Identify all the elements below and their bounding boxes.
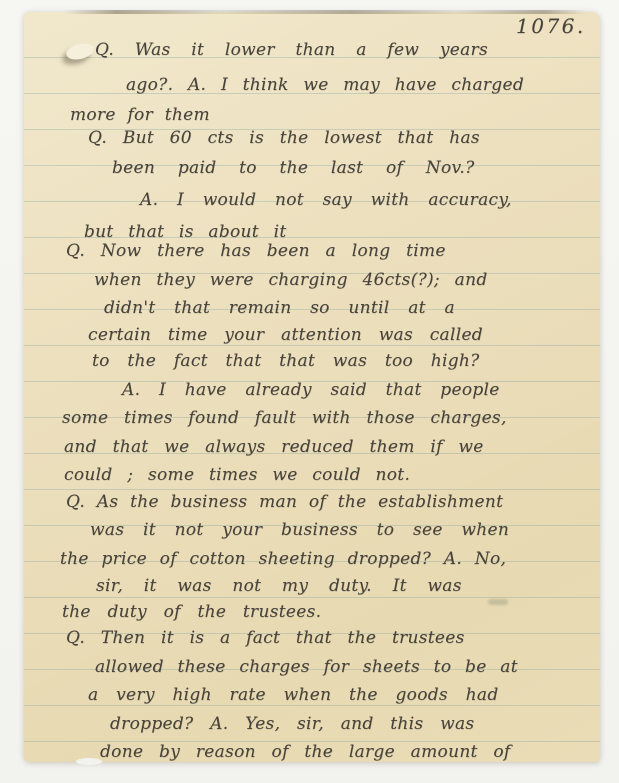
manuscript-line: certain time your attention was called — [88, 327, 483, 344]
manuscript-line: the price of cotton sheeting dropped? A.… — [60, 551, 506, 568]
manuscript-line: could ; some times we could not. — [64, 467, 410, 484]
manuscript-line: Q. But 60 cts is the lowest that has — [88, 130, 480, 147]
manuscript-line: when they were charging 46cts(?); and — [94, 272, 488, 289]
manuscript-line: didn't that remain so until at a — [104, 300, 455, 317]
pencil-smudge — [488, 599, 508, 605]
manuscript-line: Q. Then it is a fact that the trustees — [66, 630, 465, 647]
manuscript-line: sir, it was not my duty. It was — [96, 578, 462, 595]
scan-background: 1076. Q. Was it lower than a few years a… — [0, 0, 619, 783]
manuscript-line: ago?. A. I think we may have charged — [126, 77, 524, 94]
manuscript-line: to the fact that that was too high? — [92, 353, 480, 370]
manuscript-line: but that is about it — [84, 224, 287, 241]
manuscript-line: done by reason of the large amount of — [100, 744, 511, 761]
manuscript-line: dropped? A. Yes, sir, and this was — [110, 716, 474, 733]
manuscript-line: more for them — [70, 107, 210, 124]
manuscript-line: was it not your business to see when — [90, 522, 509, 539]
manuscript-line: Q. As the business man of the establishm… — [66, 494, 503, 511]
manuscript-line: and that we always reduced them if we — [64, 439, 484, 456]
manuscript-line: been paid to the last of Nov.? — [112, 160, 475, 177]
manuscript-line: Q. Was it lower than a few years — [95, 42, 488, 59]
manuscript-line: allowed these charges for sheets to be a… — [95, 659, 518, 676]
manuscript-line: some times found fault with those charge… — [62, 410, 507, 427]
manuscript-line: A. I would not say with accuracy, — [140, 192, 512, 209]
manuscript-line: A. I have already said that people — [122, 382, 500, 399]
page-number: 1076. — [516, 16, 586, 36]
manuscript-line: Q. Now there has been a long time — [66, 243, 446, 260]
manuscript-line: the duty of the trustees. — [62, 604, 321, 621]
manuscript-line: a very high rate when the goods had — [88, 687, 499, 704]
